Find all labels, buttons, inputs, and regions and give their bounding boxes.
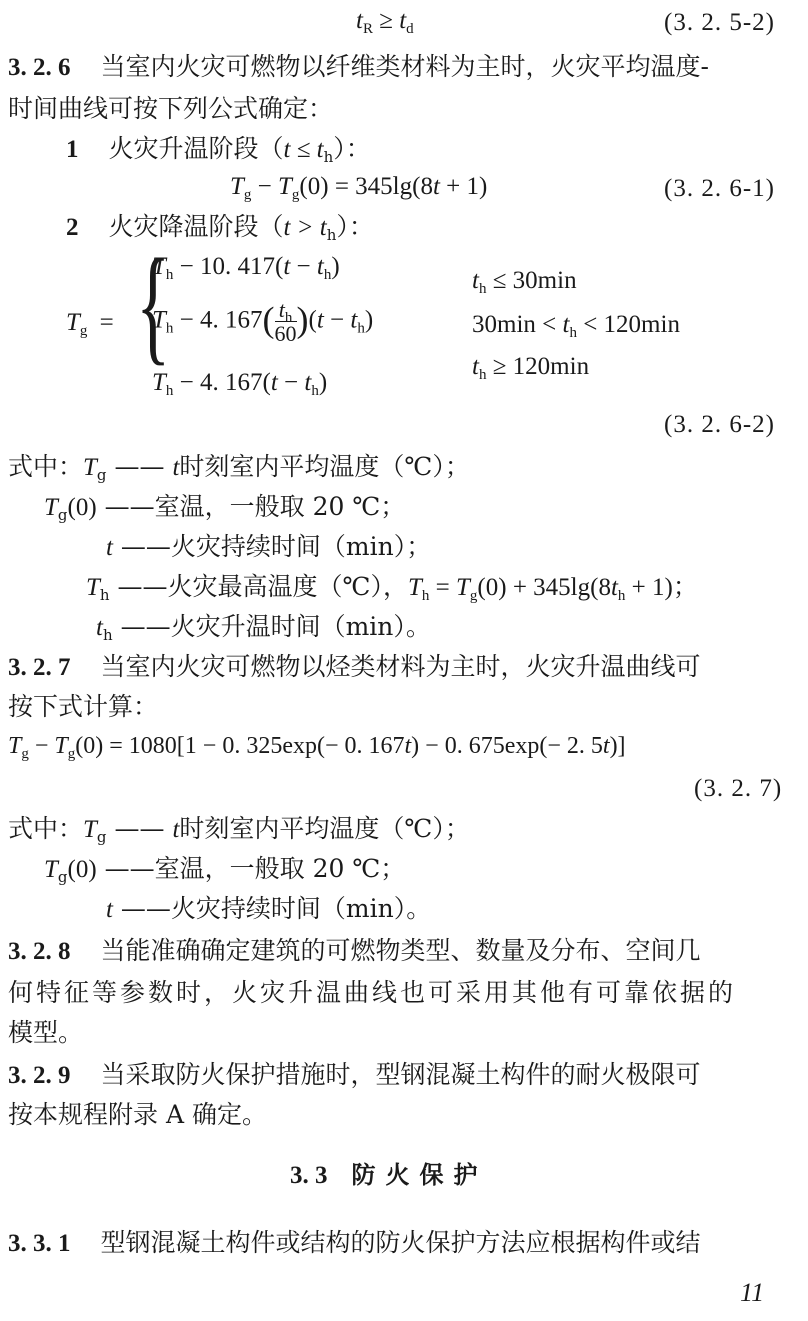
clause-3-3-1-line1: 3. 3. 1 型钢混凝土构件或结构的防火保护方法应根据构件或结	[8, 1230, 700, 1256]
where-def-1: 式中：Tg —— t时刻室内平均温度（℃）；	[8, 816, 470, 842]
clause-3-2-6-line2: 时间曲线可按下列公式确定：	[8, 96, 333, 121]
clause-3-2-7-line1: 3. 2. 7 当室内火灾可燃物以烃类材料为主时，火灾升温曲线可	[8, 654, 700, 680]
where-def-2: Tg(0) ——室温，一般取 20 ℃；	[44, 494, 405, 520]
case-3-expression: Th − 4. 167(t − th)	[152, 370, 327, 395]
piecewise-lhs: Tg =	[66, 310, 114, 335]
item-1-heading: 1 火灾升温阶段（t ≤ th）：	[66, 136, 371, 162]
where-def-1: 式中：Tg —— t时刻室内平均温度（℃）；	[8, 454, 470, 480]
case-2-condition: 30min < th < 120min	[472, 312, 680, 337]
clause-number: 3. 2. 9	[8, 1062, 71, 1089]
where-def-3: t ——火灾持续时间（min）；	[106, 534, 431, 560]
case-2-expression: Th − 4. 167(th60)(t − th)	[152, 298, 373, 345]
item-2-heading: 2 火灾降温阶段（t > th）：	[66, 214, 374, 240]
equation-3-2-7: Tg − Tg(0) = 1080[1 − 0. 325exp(− 0. 167…	[8, 734, 626, 758]
clause-3-2-9-line1: 3. 2. 9 当采取防火保护措施时，型钢混凝土构件的耐火极限可	[8, 1062, 700, 1088]
clause-number: 3. 2. 6	[8, 54, 71, 81]
clause-3-2-8-line3: 模型。	[8, 1020, 83, 1045]
clause-3-2-6-line1: 3. 2. 6 当室内火灾可燃物以纤维类材料为主时，火灾平均温度-	[8, 54, 709, 80]
clause-3-2-7-line2: 按下式计算：	[8, 694, 158, 719]
fraction: th60	[275, 298, 297, 345]
case-1-condition: th ≤ 30min	[472, 268, 577, 293]
equation-label: (3. 2. 5-2)	[664, 10, 775, 35]
where-def-4: Th ——火灾最高温度（℃），Th = Tg(0) + 345lg(8th + …	[86, 574, 698, 600]
where-def-2: Tg(0) ——室温，一般取 20 ℃；	[44, 856, 405, 882]
where-def-3: t ——火灾持续时间（min）。	[106, 896, 431, 922]
equation-label: (3. 2. 6-1)	[664, 176, 775, 201]
case-3-condition: th ≥ 120min	[472, 354, 589, 379]
section-heading-3-3: 3. 3 防火保护	[290, 1162, 487, 1188]
clause-number: 3. 2. 8	[8, 938, 71, 965]
equation-3-2-6-1: Tg − Tg(0) = 345lg(8t + 1)	[230, 174, 487, 199]
clause-number: 3. 2. 7	[8, 654, 71, 681]
equation-3-2-5-2: tR ≥ td	[356, 8, 414, 33]
equation-label: (3. 2. 6-2)	[664, 412, 775, 437]
clause-3-2-8-line1: 3. 2. 8 当能准确确定建筑的可燃物类型、数量及分布、空间几	[8, 938, 700, 964]
clause-3-2-9-line2: 按本规程附录 A 确定。	[8, 1102, 267, 1127]
equation-label: (3. 2. 7)	[694, 776, 782, 801]
page-number: 11	[740, 1280, 764, 1306]
clause-3-2-8-line2: 何特征等参数时，火灾升温曲线也可采用其他有可靠依据的	[8, 980, 736, 1005]
where-def-5: th ——火灾升温时间（min）。	[96, 614, 431, 640]
clause-number: 3. 3. 1	[8, 1230, 71, 1257]
case-1-expression: Th − 10. 417(t − th)	[152, 254, 340, 279]
